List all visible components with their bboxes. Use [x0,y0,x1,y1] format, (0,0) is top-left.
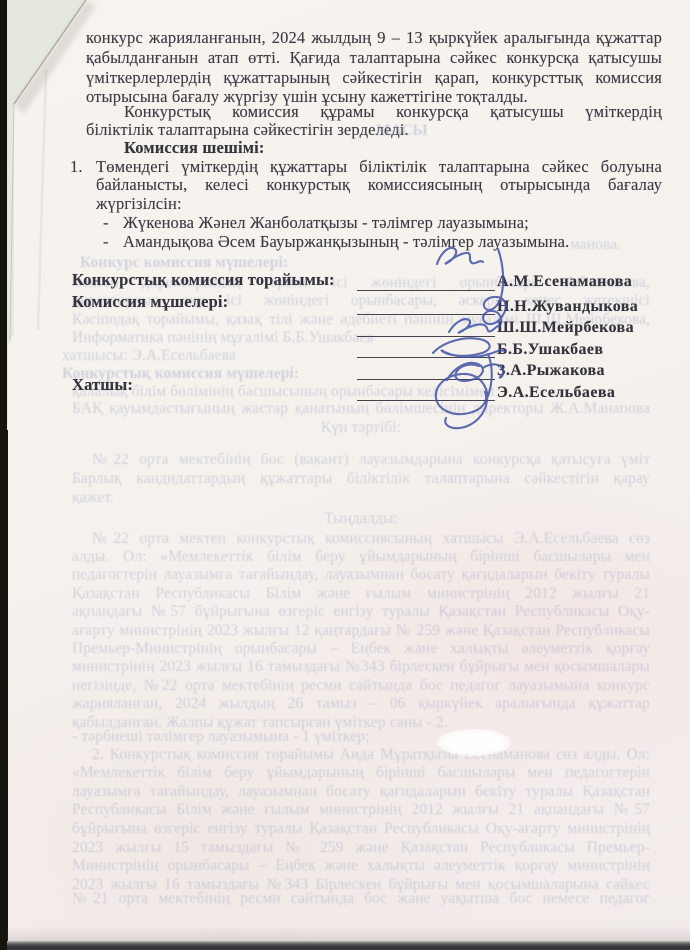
bleedthrough-line: жарияланған, 2024 жылдың 26 тамыз – 06 қ… [72,694,650,713]
bleedthrough-line: Қазақстан Республикасы Білім және ғылым … [72,584,650,603]
body-text-line: конкурс жарияланғанын, 2024 жылдың 9 – 1… [86,28,662,47]
signee-name: А.М.Есенаманова [497,272,667,291]
bleedthrough-line: 2. Конкурстық комиссия төрайымы Аида Мұр… [72,745,650,764]
bleedthrough-line: Барлық кандидаттардың құжаттары біліктіл… [72,469,650,488]
body-text-line: 1. [70,157,90,176]
signature-underline [357,314,495,315]
bleedthrough-line: БАҚ қауымдастығының жастар қанатының бөл… [72,399,650,418]
bleedthrough-line: №22 орта мектеп конкурстық комиссиясының… [72,529,650,548]
body-text-line: Жүкенова Жәнел Жанболатқызы - тәлімгер л… [123,213,663,232]
signee-name: Э.А.Есельбаева [497,383,667,402]
signature-underline [357,379,495,380]
bleedthrough-line: Күн тәртібі: [72,418,650,437]
body-text-line: Төмендегі үміткердің құжаттары біліктілі… [96,157,662,176]
signee-name: Н.Н.Жувандыкова [497,297,667,316]
bleedthrough-line: «Мемлекеттік білім беру ұйымдарының бірі… [72,763,650,782]
bleedthrough-line: манова. [570,235,660,254]
bleedthrough-line: педагогтерін лауазымға тағайындау, лауаз… [72,565,650,584]
correction-spot [437,729,511,756]
body-text-line: Комиссия шешімі: [86,138,662,157]
bleedthrough-line: Тыңдалды: [72,509,650,528]
bleedthrough-line: бұйрығына өзгеріс енгізу туралы Қазақста… [72,819,650,838]
signature-underline [357,290,495,291]
signature-underline [357,336,495,337]
signature-underline [357,357,495,358]
bottom-shadow [0,926,690,941]
signature-label: Комиссия мұшелері: [72,292,402,311]
body-text-line: - [103,232,115,251]
bleedthrough-line: Премьер-Министрінің орынбасары – Еңбек ж… [72,639,650,658]
scanned-document-page: конкурс жарияланғанын, 2024 жылдың 9 – 1… [0,0,690,950]
bleedthrough-line: қажет. [72,488,650,507]
body-text-line: біліктілік талаптарына сәйкестігін зерде… [86,120,662,139]
signature-underline [357,400,495,401]
body-text-line: - [103,213,115,232]
signee-name: З.А.Рыжакова [497,361,667,380]
paper-content: конкурс жарияланғанын, 2024 жылдың 9 – 1… [0,0,690,950]
signature-label: Конкурстық комиссия торайымы: [72,270,402,289]
bleedthrough-line: Республикасы Білім және ғылым министріні… [72,800,650,819]
bleedthrough-line: лауазымға тағайындау, лауазымнан босату … [72,782,650,801]
bleedthrough-line: №21 орта мектебінің ресми сайтында бос ж… [72,889,650,908]
signee-name: Ш.Ш.Мейрбекова [497,318,667,337]
bleedthrough-line: министрінің 2023 жылғы 16 тамыздағы №343… [72,657,650,676]
bleedthrough-line: негізінде, №22 орта мектебінің ресми сай… [72,676,650,695]
page-bottom-edge [0,941,690,950]
body-text-line: қабылданғанын атап өтті. Қағида талаптар… [86,48,662,67]
bleedthrough-line: ақпандағы №57 бұйрығына өзгеріс енгізу т… [72,602,650,621]
bleedthrough-line: Министрінің орынбасары – Еңбек және халы… [72,856,650,875]
scan-left-edge [0,0,7,950]
body-text-line: үміткерлерлердің құжаттарының сәйкестігі… [86,68,662,87]
body-text-line: жүргізілсін: [96,194,662,213]
bleedthrough-line: МАСЫ [376,121,466,140]
bleedthrough-line: №22 орта мектебінің бос (вакант) лауазым… [72,450,650,469]
bleedthrough-line: алды. Ол: «Мемлекеттік білім беру ұйымда… [72,547,650,566]
body-text-line: Конкурстық комиссия құрамы конкурсқа қат… [86,102,662,121]
signee-name: Б.Б.Ушакбаев [497,340,667,359]
signature-label: Хатшы: [72,375,402,394]
bleedthrough-line: 2023 жылғы 15 тамыздағы № 259 және Қазақ… [72,838,650,857]
bleedthrough-line: - тәрбиеші тәлімгер лауазымына - 1 үмітк… [72,727,650,746]
body-text-line: байланысты, келесі конкурстық комиссиясы… [96,175,662,194]
bleedthrough-line: ағарту министрінің 2023 жылғы 12 қаңтард… [72,621,650,640]
